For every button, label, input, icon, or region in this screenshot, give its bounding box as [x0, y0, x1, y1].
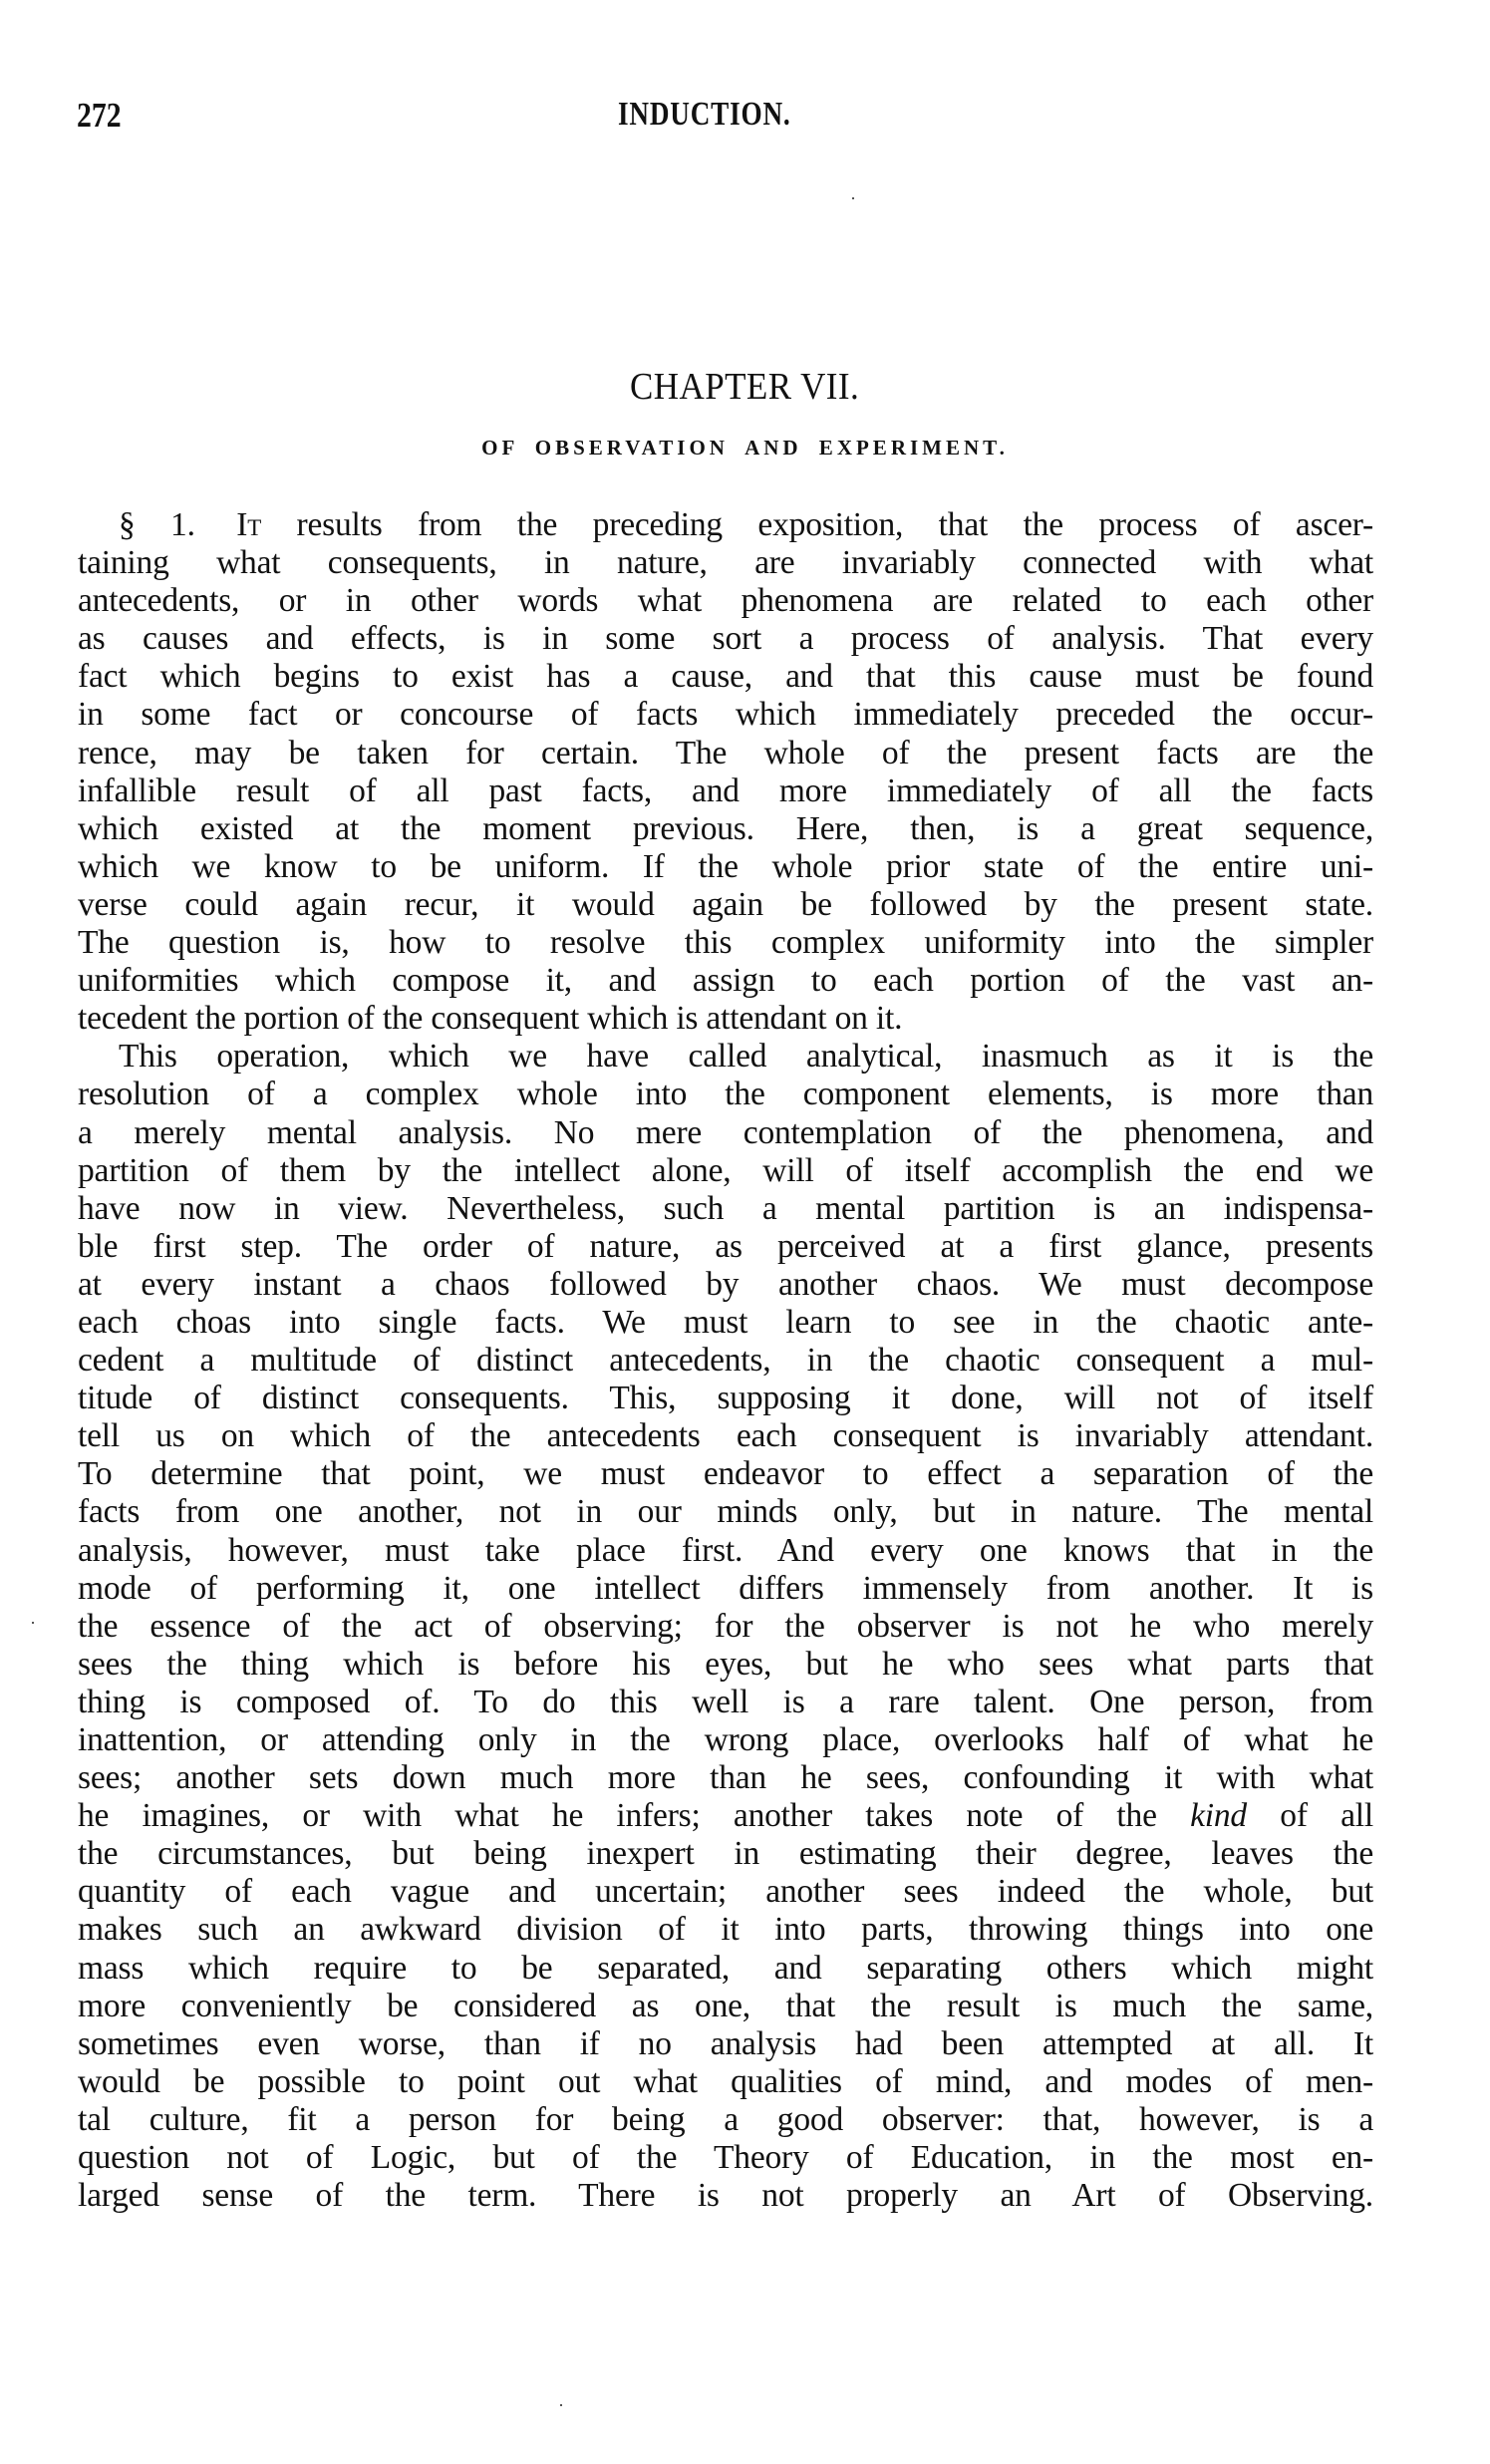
text-line: mass which require to be separated, and … [78, 1950, 1373, 1988]
text-line: tecedent the portion of the consequent w… [78, 1000, 1373, 1038]
body-text: § 1. It results from the preceding expos… [78, 506, 1373, 2215]
scan-speck [852, 197, 854, 199]
text-line: which we know to be uniform. If the whol… [78, 848, 1373, 886]
text-line: facts from one another, not in our minds… [78, 1493, 1373, 1531]
text-line: as causes and effects, is in some sort a… [78, 620, 1373, 658]
text-line: would be possible to point out what qual… [78, 2063, 1373, 2101]
paragraph-1: § 1. It results from the preceding expos… [78, 506, 1373, 1038]
text-line: have now in view. Nevertheless, such a m… [78, 1190, 1373, 1228]
text-line: titude of distinct consequents. This, su… [78, 1380, 1373, 1417]
text-line: question not of Logic, but of the Theory… [78, 2139, 1373, 2177]
chapter-heading: CHAPTER VII. [0, 365, 1490, 409]
text-line: mode of performing it, one intellect dif… [78, 1570, 1373, 1608]
paragraph-2: This operation, which we have called ana… [78, 1038, 1373, 2215]
text-line: larged sense of the term. There is not p… [78, 2177, 1373, 2215]
lead-word: It [236, 506, 261, 543]
text-line: more conveniently be considered as one, … [78, 1988, 1373, 2025]
text-line: infallible result of all past facts, and… [78, 772, 1373, 810]
text-line: inattention, or attending only in the wr… [78, 1721, 1373, 1759]
text-line: the circumstances, but being inexpert in… [78, 1835, 1373, 1873]
italic-word: kind [1190, 1797, 1247, 1834]
text-line: antecedents, or in other words what phen… [78, 582, 1373, 620]
text-line: quantity of each vague and uncertain; an… [78, 1873, 1373, 1911]
text-line: tell us on which of the antecedents each… [78, 1417, 1373, 1455]
text-line: sometimes even worse, than if no analysi… [78, 2025, 1373, 2063]
text-line: fact which begins to exist has a cause, … [78, 658, 1373, 696]
text-line: in some fact or concourse of facts which… [78, 696, 1373, 734]
text-line: analysis, however, must take place first… [78, 1532, 1373, 1570]
text-line: rence, may be taken for certain. The who… [78, 735, 1373, 772]
text-line: taining what consequents, in nature, are… [78, 544, 1373, 582]
text-line: § 1. It results from the preceding expos… [78, 506, 1373, 544]
running-title: INDUCTION. [618, 96, 790, 134]
text-line: makes such an awkward division of it int… [78, 1911, 1373, 1949]
chapter-subtitle: OF OBSERVATION AND EXPERIMENT. [0, 436, 1490, 461]
text-line: the essence of the act of observing; for… [78, 1608, 1373, 1646]
text-line: ble first step. The order of nature, as … [78, 1228, 1373, 1266]
text-line: which existed at the moment previous. He… [78, 810, 1373, 848]
text-line: verse could again recur, it would again … [78, 886, 1373, 924]
chapter-title: CHAPTER VII. [630, 365, 859, 409]
scan-speck [32, 1622, 34, 1624]
text-line: each choas into single facts. We must le… [78, 1304, 1373, 1342]
text-line: sees the thing which is before his eyes,… [78, 1646, 1373, 1684]
text-line: resolution of a complex whole into the c… [78, 1076, 1373, 1113]
text-line: This operation, which we have called ana… [78, 1038, 1373, 1076]
text-line: thing is composed of. To do this well is… [78, 1684, 1373, 1721]
text-line: cedent a multitude of distinct anteceden… [78, 1342, 1373, 1380]
section-mark: § 1. [119, 506, 195, 543]
text-line: tal culture, fit a person for being a go… [78, 2101, 1373, 2139]
text-line: uniformities which compose it, and assig… [78, 962, 1373, 1000]
text-line: The question is, how to resolve this com… [78, 924, 1373, 962]
page-number: 272 [77, 96, 122, 136]
text-line: partition of them by the intellect alone… [78, 1152, 1373, 1190]
text-line: he imagines, or with what he infers; ano… [78, 1797, 1373, 1835]
running-head: 272 INDUCTION. [77, 96, 1373, 136]
text-line: To determine that point, we must endeavo… [78, 1455, 1373, 1493]
text-line: at every instant a chaos followed by ano… [78, 1266, 1373, 1304]
text-line: sees; another sets down much more than h… [78, 1759, 1373, 1797]
scan-speck [560, 2404, 562, 2406]
text-line: a merely mental analysis. No mere contem… [78, 1114, 1373, 1152]
